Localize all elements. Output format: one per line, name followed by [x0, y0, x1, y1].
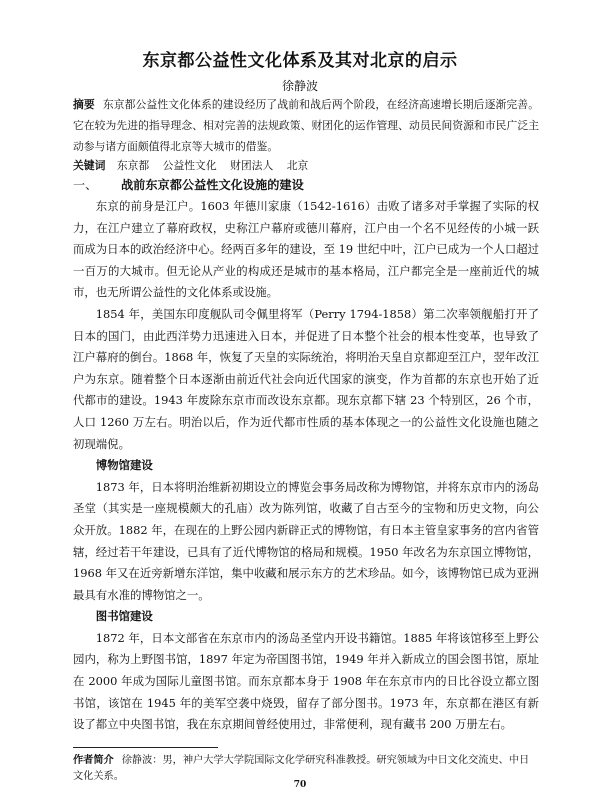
- footnote-divider: [73, 747, 218, 748]
- document-page: 东京都公益性文化体系及其对北京的启示 徐静波 摘要东京都公益性文化体系的建设经历…: [0, 0, 600, 796]
- section-heading: 一、战前东京都公益性文化设施的建设: [73, 175, 539, 197]
- article-title: 东京都公益性文化体系及其对北京的启示: [0, 46, 600, 71]
- abstract: 摘要东京都公益性文化体系的建设经历了战前和战后两个阶段，在经济高速增长期后逐渐完…: [73, 94, 539, 157]
- keyword: 北京: [287, 159, 309, 172]
- paragraph: 1872 年，日本文部省在东京市内的汤岛圣堂内开设书籍馆。1885 年将该馆移至…: [73, 628, 539, 736]
- keyword: 财团法人: [230, 159, 273, 172]
- keywords-label: 关键词: [73, 159, 105, 172]
- keywords: 关键词 东京都 公益性文化 财团法人 北京: [73, 155, 539, 177]
- footnote-text: 徐静波：男，神户大学大学院国际文化学研究科准教授。研究领域为中日文化交流史、中日…: [73, 755, 529, 782]
- keyword: 东京都: [117, 159, 149, 172]
- subheading-library: 图书馆建设: [73, 606, 539, 628]
- paragraph: 1873 年，日本将明治维新初期设立的博览会事务局改称为博物馆，并将东京市内的汤…: [73, 477, 539, 607]
- section-body: 东京的前身是江户。1603 年德川家康（1542-1616）击败了诸多对手掌握了…: [73, 196, 539, 736]
- subheading-museum: 博物馆建设: [73, 455, 539, 477]
- paragraph: 东京的前身是江户。1603 年德川家康（1542-1616）击败了诸多对手掌握了…: [73, 196, 539, 304]
- footnote-label: 作者简介: [73, 754, 114, 766]
- keyword: 公益性文化: [163, 159, 217, 172]
- section-number: 一、: [73, 175, 121, 197]
- abstract-text: 东京都公益性文化体系的建设经历了战前和战后两个阶段，在经济高速增长期后逐渐完善。…: [73, 98, 539, 153]
- article-author: 徐静波: [0, 77, 600, 94]
- abstract-label: 摘要: [73, 98, 95, 111]
- section-title: 战前东京都公益性文化设施的建设: [121, 178, 304, 192]
- paragraph: 1854 年，美国东印度舰队司令佩里将军（Perry 1794-1858）第二次…: [73, 304, 539, 455]
- page-number: 70: [0, 780, 600, 790]
